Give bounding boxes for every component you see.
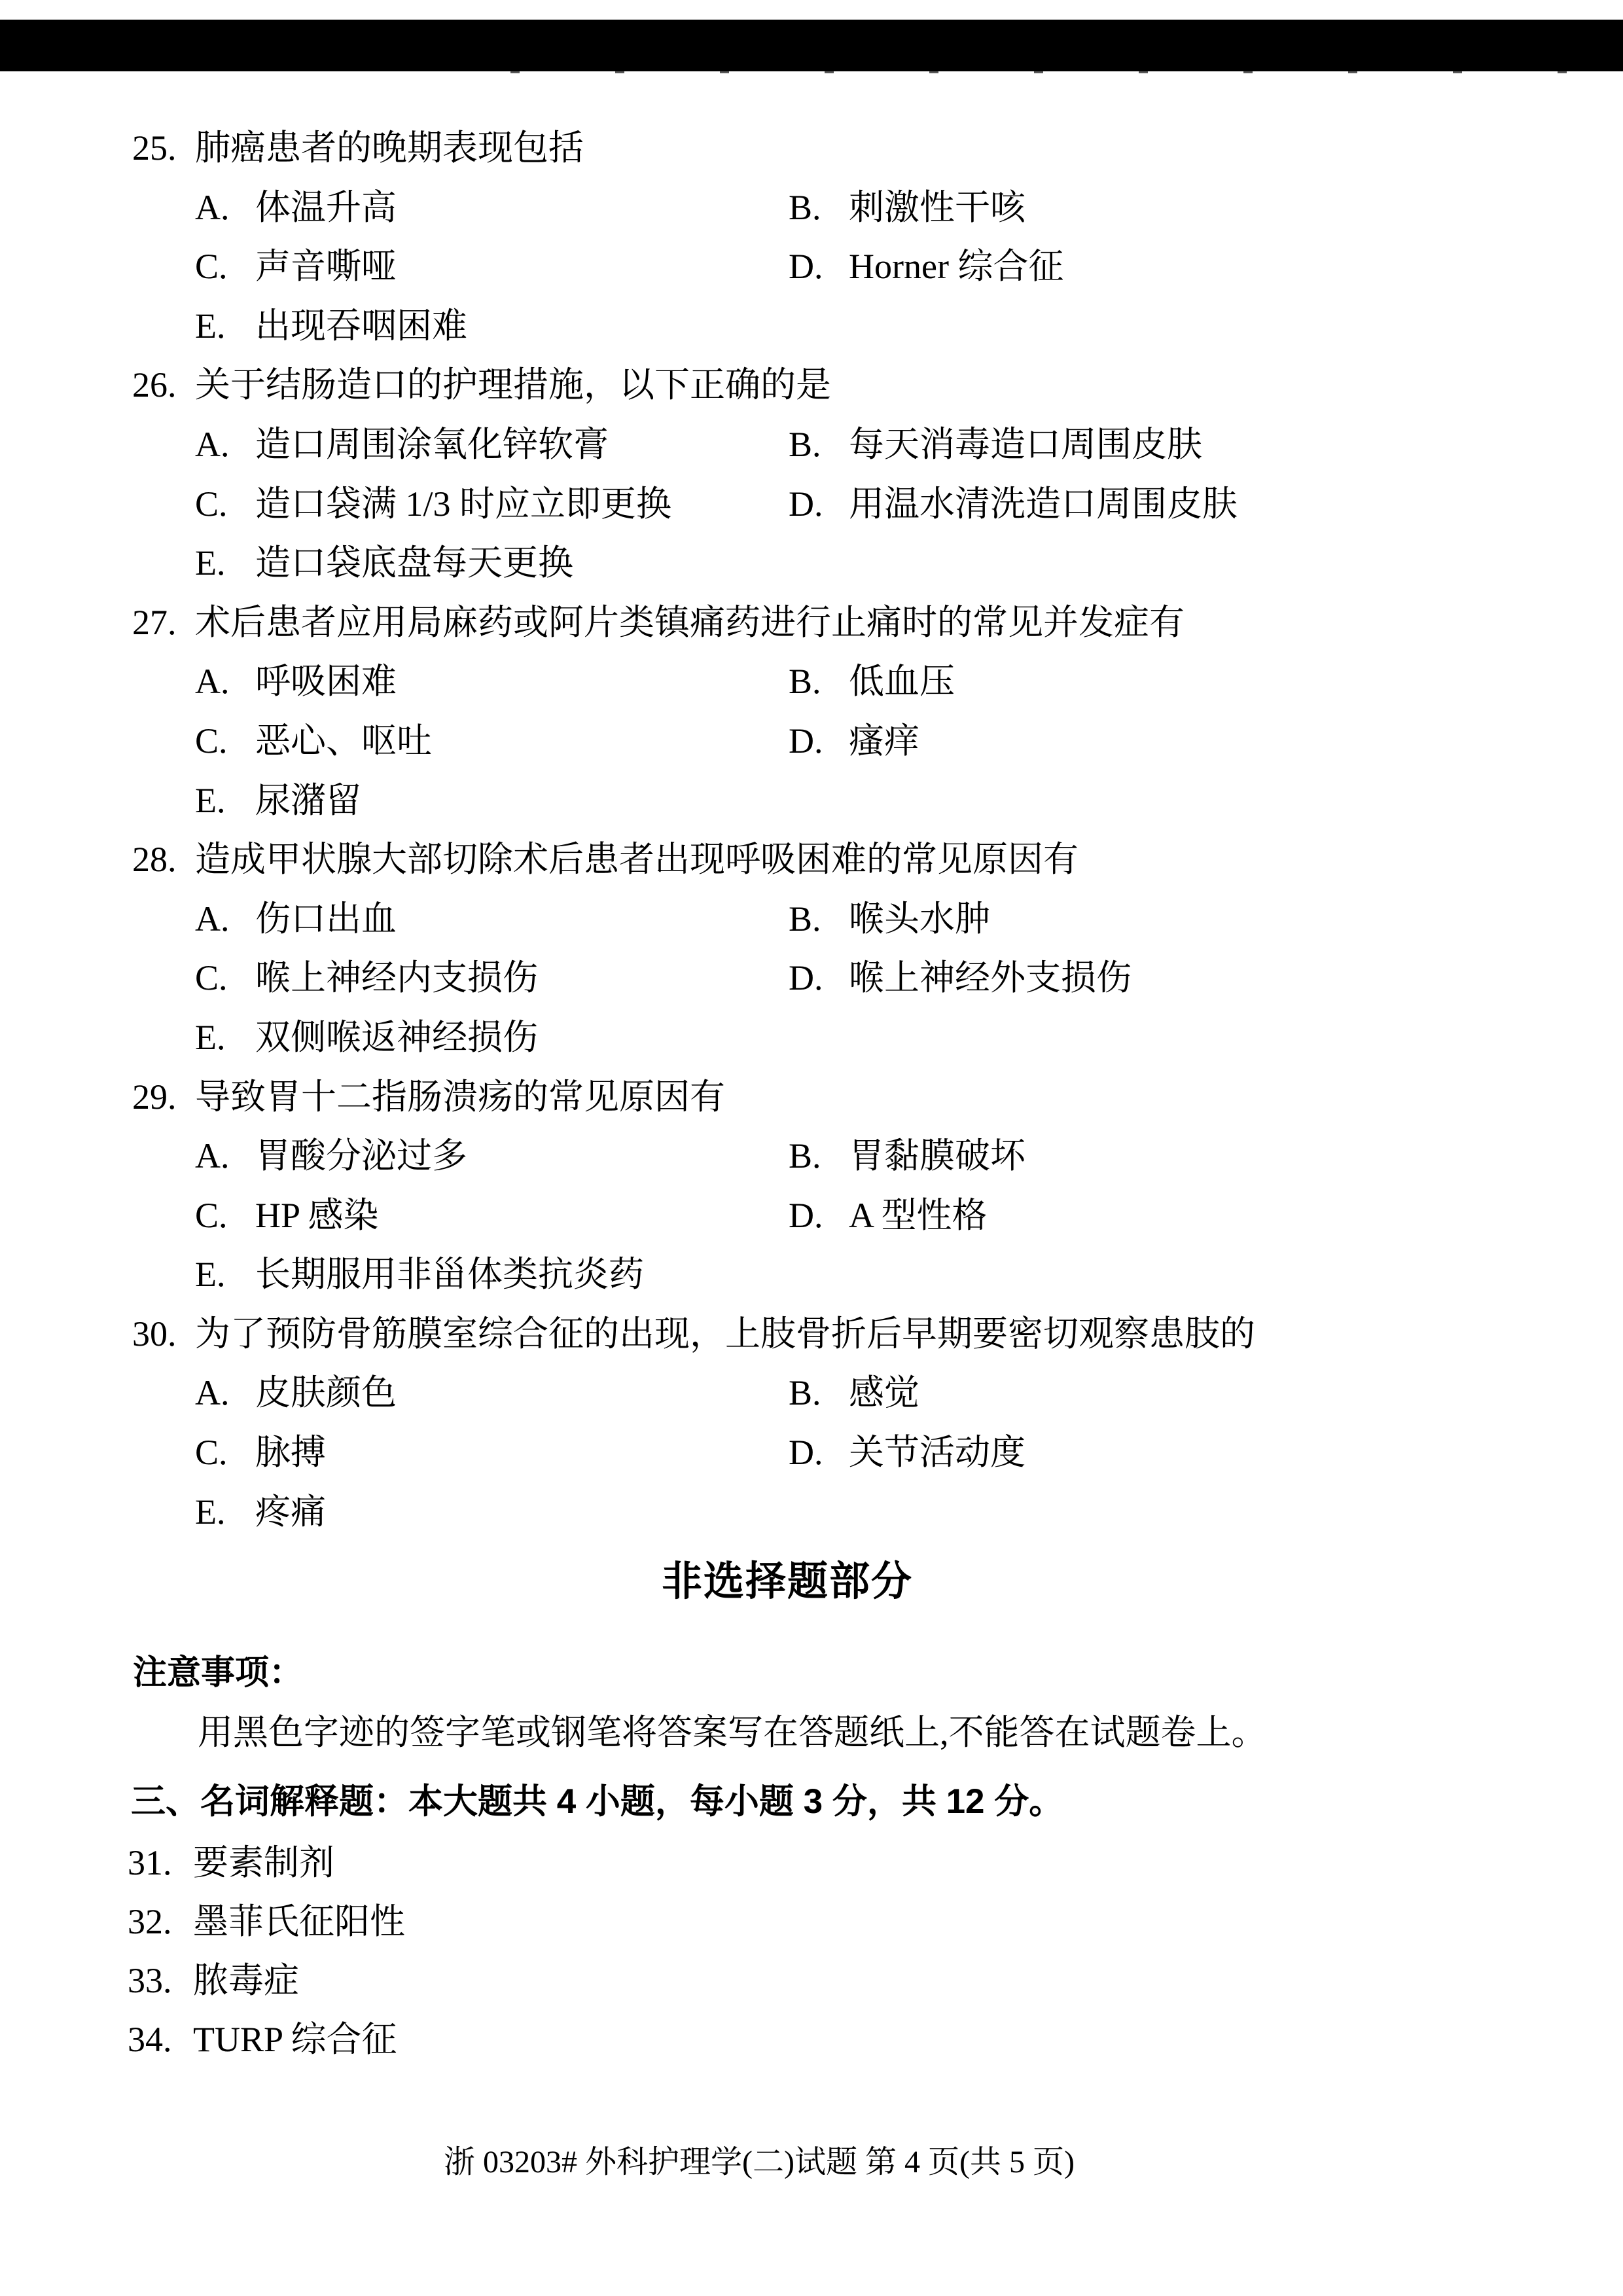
option-text: 造口袋满 1/3 时应立即更换 bbox=[255, 484, 671, 524]
term-item: 33.脓毒症 bbox=[128, 1951, 405, 2010]
option-d: D.A 型性格 bbox=[789, 1186, 988, 1246]
option-row: A.胃酸分泌过多 B.胃黏膜破坏 bbox=[0, 1126, 1623, 1186]
option-e: E.造口袋底盘每天更换 bbox=[195, 533, 573, 593]
question-stem: 肺癌患者的晚期表现包括 bbox=[195, 128, 584, 168]
option-text: 瘙痒 bbox=[849, 721, 919, 761]
question-stem: 导致胃十二指肠溃疡的常见原因有 bbox=[195, 1077, 725, 1117]
option-b: B.喉头水肿 bbox=[789, 889, 990, 949]
option-row: A.呼吸困难 B.低血压 bbox=[0, 652, 1623, 711]
term-item: 34.TURP 综合征 bbox=[128, 2010, 405, 2069]
question-26: 26.关于结肠造口的护理措施，以下正确的是 A.造口周围涂氧化锌软膏 B.每天消… bbox=[0, 355, 1623, 592]
option-row: C.恶心、呕吐 D.瘙痒 bbox=[0, 711, 1623, 771]
redaction-bar bbox=[0, 20, 1623, 71]
option-row: C.声音嘶哑 D.Horner 综合征 bbox=[0, 237, 1623, 296]
option-label: B. bbox=[789, 178, 849, 238]
option-label: C. bbox=[195, 475, 255, 534]
option-label: A. bbox=[195, 889, 255, 949]
term-number: 31. bbox=[128, 1833, 193, 1892]
option-row: C.脉搏 D.关节活动度 bbox=[0, 1423, 1623, 1482]
option-label: B. bbox=[789, 889, 849, 949]
option-text: 感觉 bbox=[849, 1373, 919, 1412]
notice-text: 用黑色字迹的签字笔或钢笔将答案写在答题纸上,不能答在试题卷上。 bbox=[198, 1703, 1267, 1762]
option-row: E.造口袋底盘每天更换 bbox=[0, 533, 1623, 593]
option-text: 每天消毒造口周围皮肤 bbox=[849, 425, 1202, 464]
option-b: B.刺激性干咳 bbox=[789, 178, 1026, 238]
question-number: 28. bbox=[132, 830, 195, 889]
option-text: 造口周围涂氧化锌软膏 bbox=[255, 425, 609, 464]
term-number: 34. bbox=[128, 2010, 193, 2069]
option-d: D.关节活动度 bbox=[789, 1423, 1026, 1482]
option-text: 皮肤颜色 bbox=[255, 1373, 397, 1412]
option-text: 脉搏 bbox=[255, 1433, 326, 1472]
notice-heading: 注意事项： bbox=[133, 1643, 303, 1702]
option-text: 出现吞咽困难 bbox=[255, 306, 467, 346]
question-29: 29.导致胃十二指肠溃疡的常见原因有 A.胃酸分泌过多 B.胃黏膜破坏 C.HP… bbox=[0, 1067, 1623, 1304]
question-number: 30. bbox=[132, 1304, 195, 1364]
question-stem-row: 30.为了预防骨筋膜室综合征的出现，上肢骨折后早期要密切观察患肢的 bbox=[0, 1304, 1623, 1364]
option-row: E.疼痛 bbox=[0, 1482, 1623, 1542]
term-number: 32. bbox=[128, 1892, 193, 1951]
option-d: D.用温水清洗造口周围皮肤 bbox=[789, 475, 1238, 534]
option-c: C.造口袋满 1/3 时应立即更换 bbox=[195, 475, 671, 534]
option-row: A.体温升高 B.刺激性干咳 bbox=[0, 178, 1623, 238]
option-text: 双侧喉返神经损伤 bbox=[255, 1018, 538, 1057]
option-text: 声音嘶哑 bbox=[255, 247, 397, 286]
question-stem: 造成甲状腺大部切除术后患者出现呼吸困难的常见原因有 bbox=[195, 840, 1079, 879]
multiple-choice-section: 25.肺癌患者的晚期表现包括 A.体温升高 B.刺激性干咳 C.声音嘶哑 D.H… bbox=[0, 118, 1623, 1541]
term-item: 31.要素制剂 bbox=[128, 1833, 405, 1892]
question-number: 26. bbox=[132, 355, 195, 415]
option-row: C.喉上神经内支损伤 D.喉上神经外支损伤 bbox=[0, 948, 1623, 1008]
term-text: 脓毒症 bbox=[193, 1961, 299, 2000]
option-text: 伤口出血 bbox=[255, 899, 397, 939]
question-stem: 关于结肠造口的护理措施，以下正确的是 bbox=[195, 365, 831, 404]
option-label: B. bbox=[789, 1363, 849, 1423]
option-c: C.声音嘶哑 bbox=[195, 237, 397, 296]
option-text: 喉上神经内支损伤 bbox=[255, 958, 538, 997]
option-label: E. bbox=[195, 533, 255, 593]
option-label: C. bbox=[195, 1186, 255, 1246]
question-stem-row: 27.术后患者应用局麻药或阿片类镇痛药进行止痛时的常见并发症有 bbox=[0, 593, 1623, 653]
option-label: A. bbox=[195, 1363, 255, 1423]
option-label: D. bbox=[789, 948, 849, 1008]
term-item: 32.墨菲氏征阳性 bbox=[128, 1892, 405, 1951]
option-text: 长期服用非甾体类抗炎药 bbox=[255, 1255, 644, 1294]
option-d: D.喉上神经外支损伤 bbox=[789, 948, 1132, 1008]
option-label: A. bbox=[195, 652, 255, 711]
question-number: 29. bbox=[132, 1067, 195, 1127]
question-25: 25.肺癌患者的晚期表现包括 A.体温升高 B.刺激性干咳 C.声音嘶哑 D.H… bbox=[0, 118, 1623, 355]
option-row: A.皮肤颜色 B.感觉 bbox=[0, 1363, 1623, 1423]
option-text: 低血压 bbox=[849, 662, 955, 701]
option-text: 胃黏膜破坏 bbox=[849, 1136, 1026, 1175]
option-label: E. bbox=[195, 296, 255, 356]
option-label: D. bbox=[789, 475, 849, 534]
option-label: E. bbox=[195, 1245, 255, 1304]
question-number: 27. bbox=[132, 593, 195, 653]
option-b: B.每天消毒造口周围皮肤 bbox=[789, 415, 1202, 475]
question-stem-row: 25.肺癌患者的晚期表现包括 bbox=[0, 118, 1623, 178]
option-row: E.双侧喉返神经损伤 bbox=[0, 1008, 1623, 1067]
option-e: E.出现吞咽困难 bbox=[195, 296, 467, 356]
option-label: E. bbox=[195, 1008, 255, 1067]
option-text: 喉上神经外支损伤 bbox=[849, 958, 1132, 997]
question-number: 25. bbox=[132, 118, 195, 178]
term-number: 33. bbox=[128, 1951, 193, 2010]
option-d: D.Horner 综合征 bbox=[789, 237, 1063, 296]
question-30: 30.为了预防骨筋膜室综合征的出现，上肢骨折后早期要密切观察患肢的 A.皮肤颜色… bbox=[0, 1304, 1623, 1541]
option-text: 尿潴留 bbox=[255, 781, 361, 820]
option-text: 疼痛 bbox=[255, 1492, 326, 1532]
option-c: C.脉搏 bbox=[195, 1423, 326, 1482]
option-label: D. bbox=[789, 1186, 849, 1246]
term-text: TURP 综合征 bbox=[193, 2020, 397, 2059]
option-row: E.长期服用非甾体类抗炎药 bbox=[0, 1245, 1623, 1304]
term-list: 31.要素制剂 32.墨菲氏征阳性 33.脓毒症 34.TURP 综合征 bbox=[128, 1833, 405, 2069]
option-text: 用温水清洗造口周围皮肤 bbox=[849, 484, 1238, 524]
option-text: 造口袋底盘每天更换 bbox=[255, 543, 573, 583]
option-a: A.体温升高 bbox=[195, 178, 397, 238]
question-stem-row: 28.造成甲状腺大部切除术后患者出现呼吸困难的常见原因有 bbox=[0, 830, 1623, 889]
option-text: 体温升高 bbox=[255, 188, 397, 227]
option-label: C. bbox=[195, 1423, 255, 1482]
page-footer: 浙 03203# 外科护理学(二)试题 第 4 页(共 5 页) bbox=[0, 2142, 1518, 2183]
option-c: C.HP 感染 bbox=[195, 1186, 379, 1246]
option-text: Horner 综合征 bbox=[849, 247, 1063, 286]
option-c: C.喉上神经内支损伤 bbox=[195, 948, 538, 1008]
option-text: 喉头水肿 bbox=[849, 899, 990, 939]
option-label: D. bbox=[789, 711, 849, 771]
option-row: A.伤口出血 B.喉头水肿 bbox=[0, 889, 1623, 949]
term-text: 要素制剂 bbox=[193, 1843, 334, 1882]
option-row: E.出现吞咽困难 bbox=[0, 296, 1623, 356]
option-row: C.HP 感染 D.A 型性格 bbox=[0, 1186, 1623, 1246]
option-e: E.长期服用非甾体类抗炎药 bbox=[195, 1245, 644, 1304]
option-label: A. bbox=[195, 415, 255, 475]
option-b: B.低血压 bbox=[789, 652, 955, 711]
exam-page: 25.肺癌患者的晚期表现包括 A.体温升高 B.刺激性干咳 C.声音嘶哑 D.H… bbox=[0, 0, 1623, 2296]
option-a: A.皮肤颜色 bbox=[195, 1363, 397, 1423]
question-stem: 为了预防骨筋膜室综合征的出现，上肢骨折后早期要密切观察患肢的 bbox=[195, 1314, 1255, 1354]
option-label: D. bbox=[789, 237, 849, 296]
option-label: B. bbox=[789, 1126, 849, 1186]
option-label: E. bbox=[195, 1482, 255, 1542]
option-text: 呼吸困难 bbox=[255, 662, 397, 701]
section-title: 非选择题部分 bbox=[0, 1552, 1575, 1611]
option-text: 刺激性干咳 bbox=[849, 188, 1026, 227]
option-label: B. bbox=[789, 652, 849, 711]
question-stem: 术后患者应用局麻药或阿片类镇痛药进行止痛时的常见并发症有 bbox=[195, 603, 1185, 642]
option-row: E.尿潴留 bbox=[0, 771, 1623, 831]
option-label: C. bbox=[195, 711, 255, 771]
option-text: HP 感染 bbox=[255, 1196, 379, 1235]
option-a: A.呼吸困难 bbox=[195, 652, 397, 711]
option-text: 恶心、呕吐 bbox=[255, 721, 432, 761]
option-label: A. bbox=[195, 178, 255, 238]
section-3-heading: 三、名词解释题：本大题共 4 小题，每小题 3 分，共 12 分。 bbox=[131, 1772, 1063, 1831]
option-text: 胃酸分泌过多 bbox=[255, 1136, 467, 1175]
option-row: A.造口周围涂氧化锌软膏 B.每天消毒造口周围皮肤 bbox=[0, 415, 1623, 475]
option-label: A. bbox=[195, 1126, 255, 1186]
option-a: A.胃酸分泌过多 bbox=[195, 1126, 467, 1186]
option-e: E.疼痛 bbox=[195, 1482, 326, 1542]
question-27: 27.术后患者应用局麻药或阿片类镇痛药进行止痛时的常见并发症有 A.呼吸困难 B… bbox=[0, 593, 1623, 830]
term-text: 墨菲氏征阳性 bbox=[193, 1902, 405, 1941]
option-a: A.造口周围涂氧化锌软膏 bbox=[195, 415, 609, 475]
option-label: D. bbox=[789, 1423, 849, 1482]
option-e: E.双侧喉返神经损伤 bbox=[195, 1008, 538, 1067]
option-label: C. bbox=[195, 948, 255, 1008]
option-b: B.感觉 bbox=[789, 1363, 919, 1423]
question-stem-row: 26.关于结肠造口的护理措施，以下正确的是 bbox=[0, 355, 1623, 415]
option-text: A 型性格 bbox=[849, 1196, 988, 1235]
option-text: 关节活动度 bbox=[849, 1433, 1026, 1472]
option-label: B. bbox=[789, 415, 849, 475]
option-e: E.尿潴留 bbox=[195, 771, 361, 831]
option-label: C. bbox=[195, 237, 255, 296]
option-b: B.胃黏膜破坏 bbox=[789, 1126, 1026, 1186]
question-28: 28.造成甲状腺大部切除术后患者出现呼吸困难的常见原因有 A.伤口出血 B.喉头… bbox=[0, 830, 1623, 1067]
option-d: D.瘙痒 bbox=[789, 711, 919, 771]
option-c: C.恶心、呕吐 bbox=[195, 711, 432, 771]
question-stem-row: 29.导致胃十二指肠溃疡的常见原因有 bbox=[0, 1067, 1623, 1127]
scan-artifact-dashes bbox=[510, 71, 1590, 73]
option-row: C.造口袋满 1/3 时应立即更换 D.用温水清洗造口周围皮肤 bbox=[0, 475, 1623, 534]
option-a: A.伤口出血 bbox=[195, 889, 397, 949]
option-label: E. bbox=[195, 771, 255, 831]
